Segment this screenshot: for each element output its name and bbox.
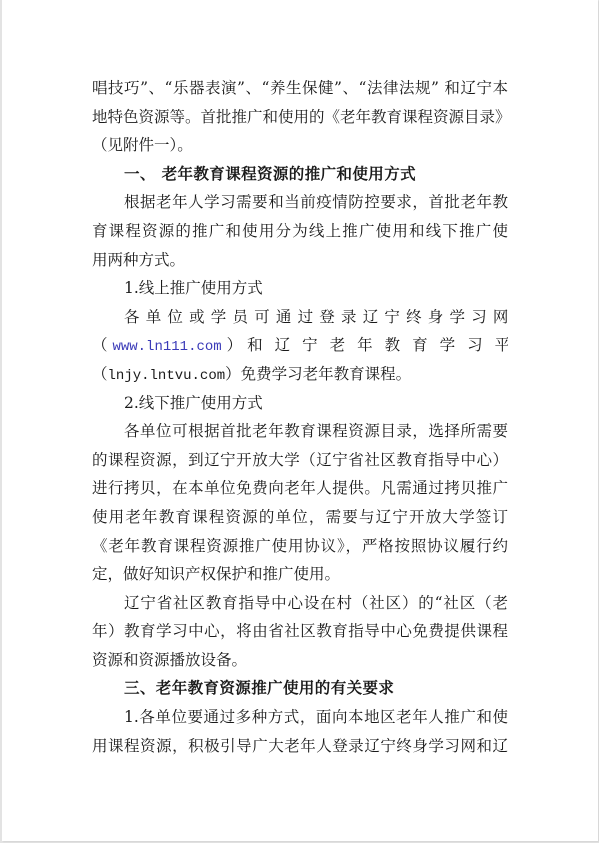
close-paren: ） bbox=[227, 336, 243, 354]
platform-url: lnjy.lntvu.com bbox=[108, 368, 226, 384]
paragraph-line: 根据老年人学习需要和当前疫情防控要求，首批老年教 bbox=[92, 188, 508, 217]
subheading-offline: 2.线下推广使用方式 bbox=[92, 389, 508, 418]
link-line: （ www.ln111.com ） 和辽宁老年教育学习平台 bbox=[92, 331, 508, 360]
paragraph-line: 用两种方式。 bbox=[92, 246, 508, 275]
paragraph-line: 唱技巧”、“乐器表演”、“养生保健”、“法律法规” 和辽宁本 bbox=[92, 74, 508, 103]
paragraph-line: （见附件一）。 bbox=[92, 131, 508, 160]
section-heading-3: 三、老年教育资源推广使用的有关要求 bbox=[92, 674, 508, 703]
paragraph-line: 《老年教育课程资源推广使用协议》，严格按照协议履行约 bbox=[92, 532, 508, 561]
paragraph-line: 辽宁省社区教育指导中心设在村（社区）的“社区（老 bbox=[92, 589, 508, 618]
document-page: 唱技巧”、“乐器表演”、“养生保健”、“法律法规” 和辽宁本 地特色资源等。首批… bbox=[2, 0, 598, 841]
section-heading-1: 一、 老年教育课程资源的推广和使用方式 bbox=[92, 160, 508, 189]
paragraph-line: 年）教育学习中心，将由省社区教育指导中心免费提供课程 bbox=[92, 617, 508, 646]
paragraph-line: 用课程资源，积极引导广大老年人登录辽宁终身学习网和辽 bbox=[92, 732, 508, 761]
platform-line: （lnjy.lntvu.com）免费学习老年教育课程。 bbox=[92, 360, 508, 389]
paragraph-line: 使用老年教育课程资源的单位，需要与辽宁开放大学签订 bbox=[92, 503, 508, 532]
paragraph-line: 进行拷贝，在本单位免费向老年人提供。凡需通过拷贝推广 bbox=[92, 474, 508, 503]
document-body: 唱技巧”、“乐器表演”、“养生保健”、“法律法规” 和辽宁本 地特色资源等。首批… bbox=[92, 74, 508, 760]
subheading-online: 1.线上推广使用方式 bbox=[92, 274, 508, 303]
paragraph-line: 各单位可根据首批老年教育课程资源目录，选择所需要 bbox=[92, 417, 508, 446]
open-paren: （ bbox=[92, 365, 108, 383]
learning-site-link[interactable]: www.ln111.com bbox=[112, 339, 221, 355]
close-paren: ） bbox=[225, 365, 241, 383]
paragraph-line: 各单位或学员可通过登录辽宁终身学习网 bbox=[92, 303, 508, 332]
open-paren: （ bbox=[92, 336, 108, 354]
paragraph-line: 的课程资源，到辽宁开放大学（辽宁省社区教育指导中心） bbox=[92, 446, 508, 475]
paragraph-line: 定，做好知识产权保护和推广使用。 bbox=[92, 560, 508, 589]
paragraph-line: 育课程资源的推广和使用分为线上推广使用和线下推广使 bbox=[92, 217, 508, 246]
paragraph-line: 地特色资源等。首批推广和使用的《老年教育课程资源目录》 bbox=[92, 103, 508, 132]
link-line-rest: 和辽宁老年教育学习平台 bbox=[247, 336, 508, 354]
platform-line-rest: 免费学习老年教育课程。 bbox=[241, 365, 412, 383]
paragraph-line: 资源和资源播放设备。 bbox=[92, 646, 508, 675]
paragraph-line: 1.各单位要通过多种方式，面向本地区老年人推广和使 bbox=[92, 703, 508, 732]
